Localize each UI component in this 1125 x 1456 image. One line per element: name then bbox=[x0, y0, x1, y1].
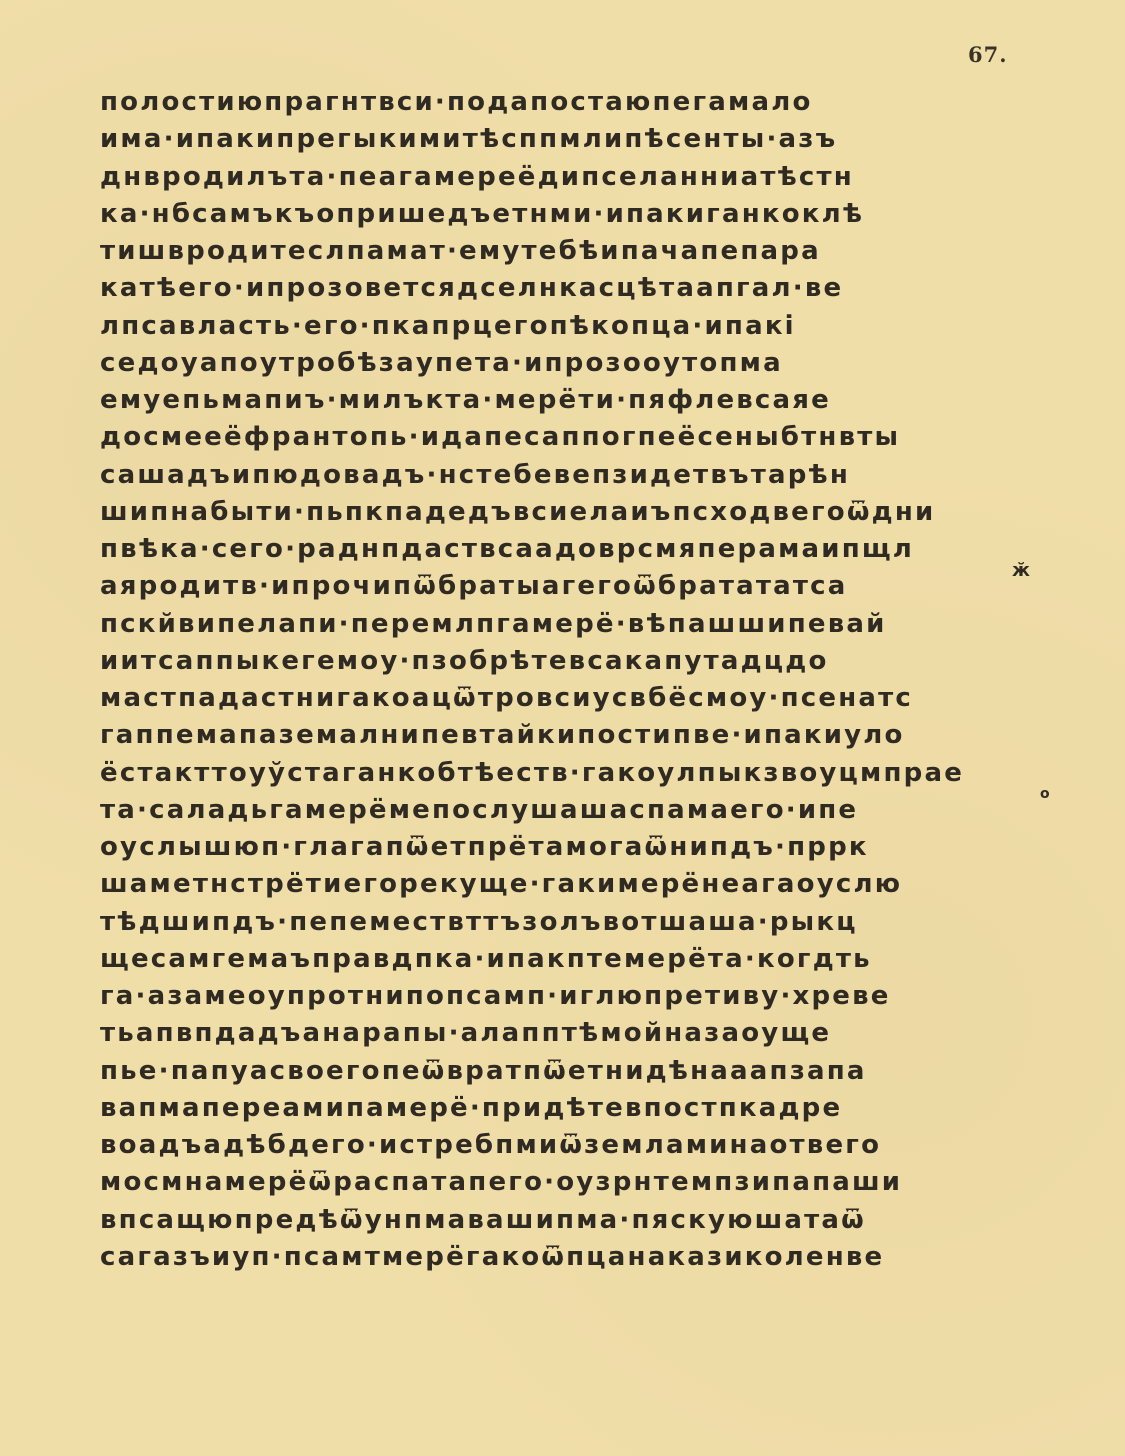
text-line: мосмнамерёѿраспатапего·оузрнтемпзипапаши bbox=[100, 1164, 1060, 1201]
text-line: сашадъипюдовадъ·нстебевепзидетвътарѣн bbox=[100, 457, 1060, 494]
text-line: пье·папуасвоегопеѿвратпѿетнидѣнааапзапа bbox=[100, 1053, 1060, 1090]
text-line: тишвродитеслпамат·емутебѣипачапепара bbox=[100, 233, 1060, 270]
text-line: седоуапоутробѣзаупета·ипрозооутопма bbox=[100, 345, 1060, 382]
text-line: пвѣка·сего·раднпдаствсаадоврсмяперамаипщ… bbox=[100, 531, 1060, 568]
text-line: мастпадастнигакоацѿтровсиусвбёсмоу·псена… bbox=[100, 680, 1060, 717]
text-line: впсащюпредѣѿунпмавашипма·пяскуюшатаѿ bbox=[100, 1202, 1060, 1239]
text-line: лпсавласть·его·пкапрцегопѣкопца·ипакі bbox=[100, 308, 1060, 345]
text-line: га·азамеоупротнипопсамп·иглюпретиву·хрев… bbox=[100, 978, 1060, 1015]
text-line: тѣдшипдъ·пепемествттъзолъвотшаша·рыкц bbox=[100, 904, 1060, 941]
text-line: иитсаппыкегемоу·пзобрѣтевсакапутадцдо bbox=[100, 643, 1060, 680]
text-line: тьапвпдадъанарапы·алапптѣмойназаоуще bbox=[100, 1015, 1060, 1052]
text-line: катѣего·ипрозоветсядселнкасцѣтаапгал·ве bbox=[100, 270, 1060, 307]
text-line: шипнабыти·пьпкпадедъвсиелаиъпсходвегоѿдн… bbox=[100, 494, 1060, 531]
text-line: пскйвипелапи·перемлпгамерё·вѣпашшипевай bbox=[100, 606, 1060, 643]
text-line: досмееёфрантопь·идапесаппогпеёсеныбтнвты bbox=[100, 419, 1060, 456]
text-line: днвродилъта·пеагамереёдипселанниатѣстн bbox=[100, 159, 1060, 196]
text-line: аяродитв·ипрочипѿбратыагегоѿбратататса bbox=[100, 568, 1060, 605]
margin-circle-mark: о bbox=[1040, 786, 1050, 802]
text-line: има·ипакипрегыкимитѣсппмлипѣсенты·азъ bbox=[100, 121, 1060, 158]
page-number: 67. bbox=[968, 42, 1008, 67]
manuscript-text-block: полостиюпрагнтвси·подапостаюпегамало има… bbox=[100, 84, 1060, 1276]
text-line: полостиюпрагнтвси·подапостаюпегамало bbox=[100, 84, 1060, 121]
text-line: ёстакттоуўстаганкобтѣеств·гакоулпыкзвоуц… bbox=[100, 755, 1060, 792]
text-line: ка·нбсамъкъопришедъетнми·ипакиганкоклѣ bbox=[100, 196, 1060, 233]
text-line: оуслышюп·глагапѿетпрётамогаѿнипдъ·пррк bbox=[100, 829, 1060, 866]
margin-cross-mark: ӂ bbox=[1012, 560, 1030, 581]
manuscript-page: 67. полостиюпрагнтвси·подапостаюпегамало… bbox=[0, 0, 1125, 1456]
text-line: щесамгемаъправдпка·ипакптемерёта·когдть bbox=[100, 941, 1060, 978]
text-line: шаметнстрётиегорекуще·гакимерёнеагаоуслю bbox=[100, 866, 1060, 903]
text-line: вапмапереамипамерё·придѣтевпостпкадре bbox=[100, 1090, 1060, 1127]
text-line: воадъадѣбдего·истребпмиѿземламинаотвего bbox=[100, 1127, 1060, 1164]
text-line: та·саладьгамерёмепослушашаспамаего·ипе bbox=[100, 792, 1060, 829]
text-line: емуепьмапиъ·милъкта·мерёти·пяфлевсаяе bbox=[100, 382, 1060, 419]
text-line: сагазъиуп·псамтмерёгакоѿпцанаказиколенве bbox=[100, 1239, 1060, 1276]
text-line: гаппемапаземалнипевтайкипостипве·ипакиул… bbox=[100, 717, 1060, 754]
